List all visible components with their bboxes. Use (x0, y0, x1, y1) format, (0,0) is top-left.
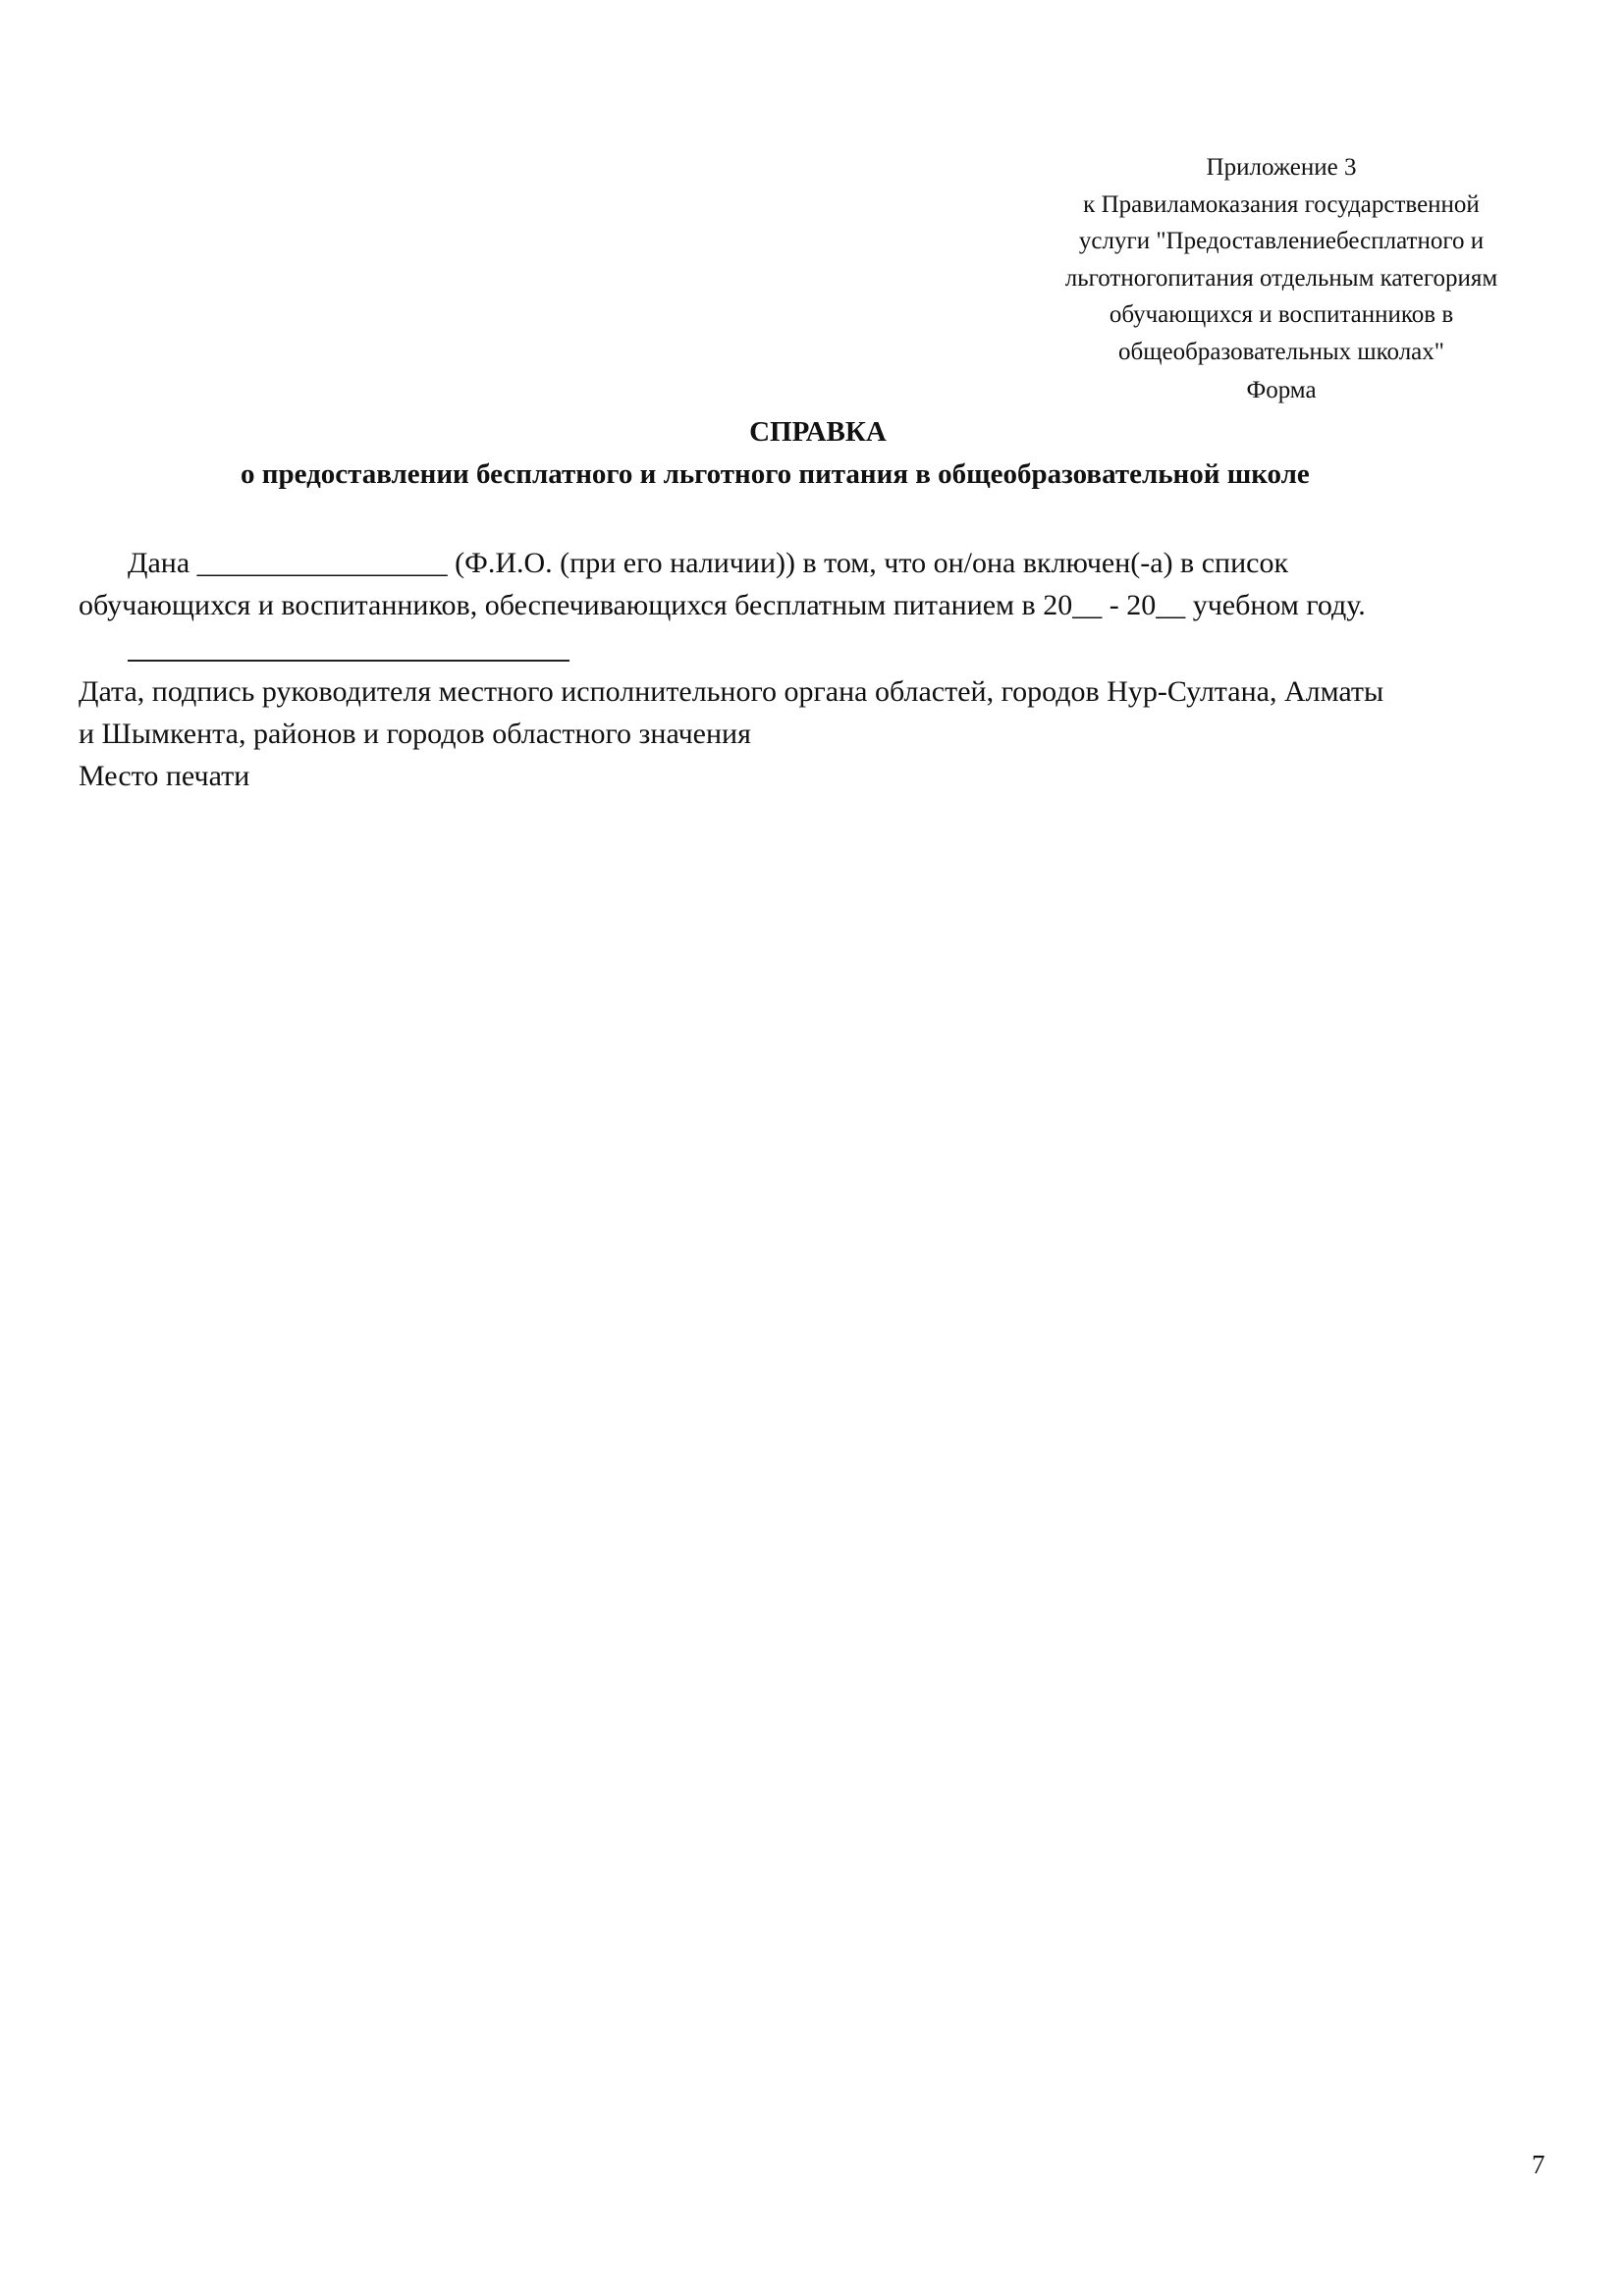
certificate-paragraph: Дана _________________ (Ф.И.О. (при его … (79, 542, 1366, 626)
signature-caption-line-2: и Шымкента, районов и городов областного… (79, 713, 1383, 755)
document-subtitle: о предоставлении бесплатного и льготного… (241, 454, 1310, 494)
signature-caption: Дата, подпись руководителя местного испо… (79, 670, 1383, 797)
appendix-line: общеобразовательных школах" (1016, 334, 1546, 371)
appendix-line: обучающихся и воспитанников в (1016, 296, 1546, 334)
appendix-header: Приложение 3 к Правиламоказания государс… (1016, 149, 1546, 409)
signature-caption-line-1: Дата, подпись руководителя местного испо… (79, 670, 1383, 713)
stamp-place-label: Место печати (79, 755, 1383, 797)
appendix-line: льготногопитания отдельным категориям (1016, 260, 1546, 297)
appendix-line: к Правиламоказания государственной (1016, 187, 1546, 224)
page-number: 7 (1532, 2150, 1545, 2180)
paragraph-line-1: Дана _________________ (Ф.И.О. (при его … (79, 542, 1366, 584)
document-title: СПРАВКА (0, 412, 1624, 452)
form-label: Форма (1016, 372, 1546, 409)
signature-line (128, 660, 569, 662)
appendix-line: Приложение 3 (1016, 149, 1546, 187)
appendix-line: услуги "Предоставлениебесплатного и (1016, 223, 1546, 260)
paragraph-line-2: обучающихся и воспитанников, обеспечиваю… (79, 584, 1366, 626)
